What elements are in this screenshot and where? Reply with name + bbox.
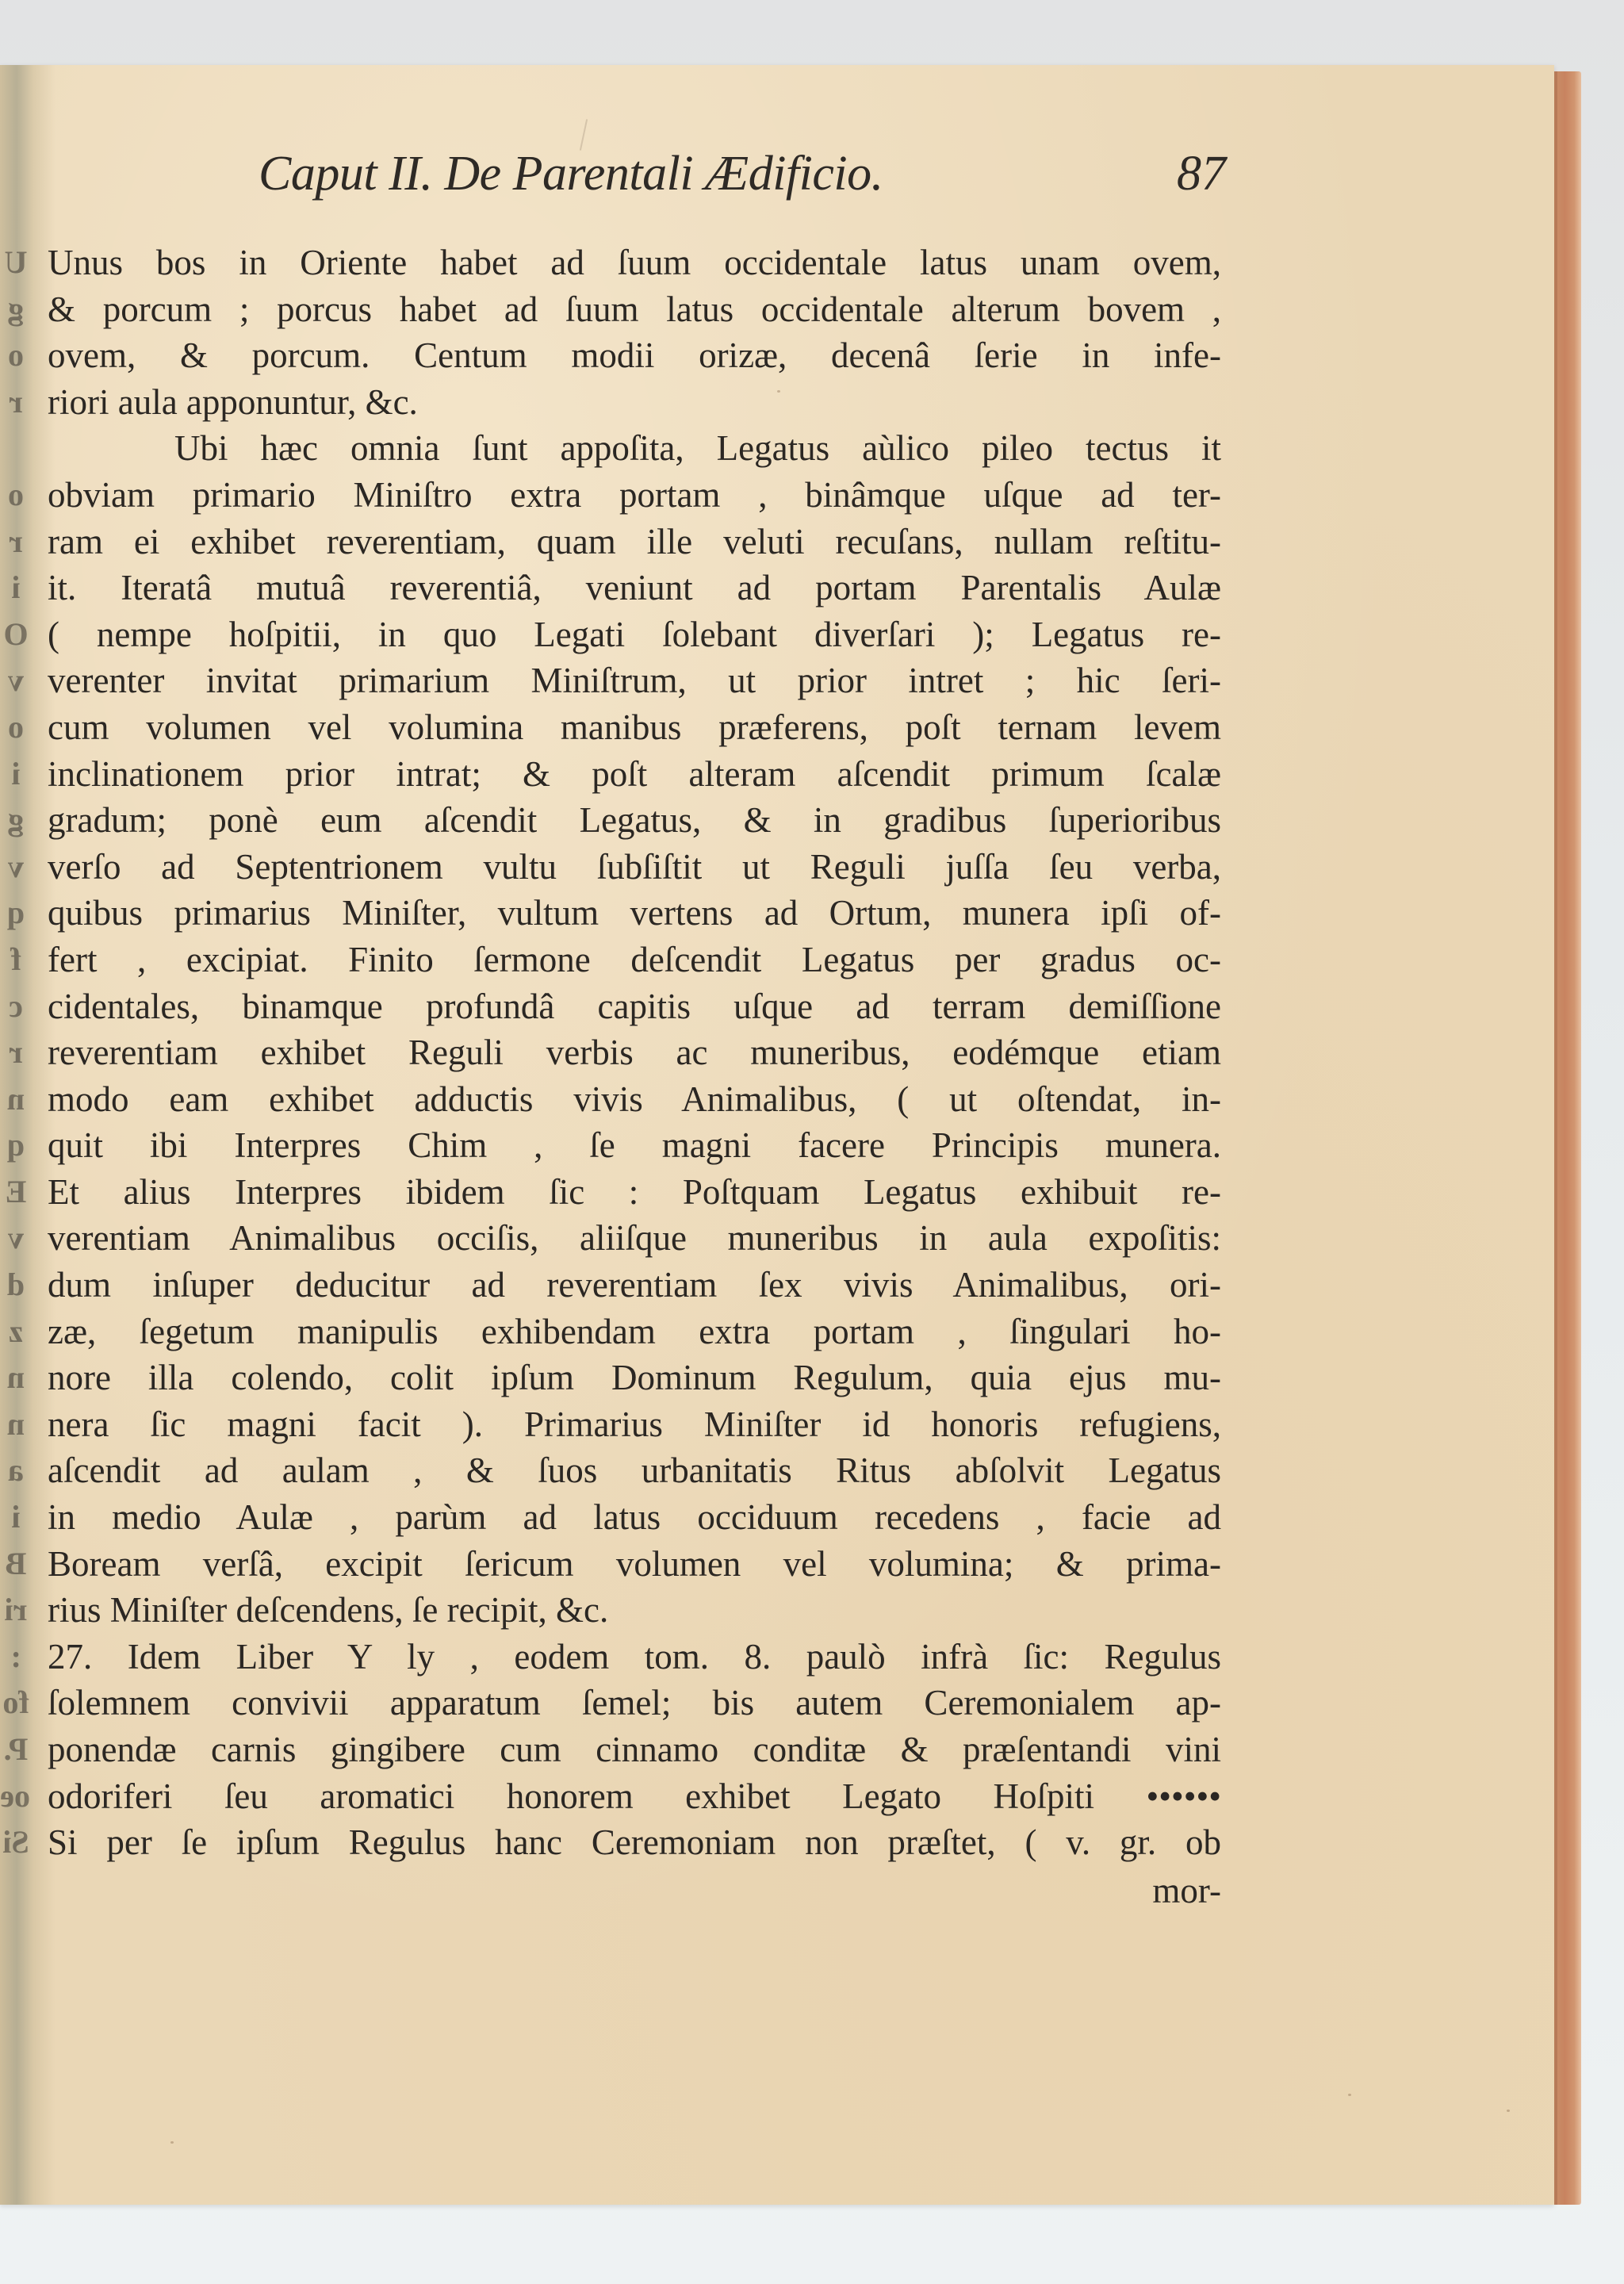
bleed-glyph: ri	[2, 1587, 30, 1634]
text-line: ram ei exhibet reverentiam, quam ille ve…	[48, 519, 1221, 565]
text-line: ponendæ carnis gingibere cum cinnamo con…	[48, 1726, 1221, 1773]
bleed-glyph: U	[2, 240, 30, 286]
text-line: ovem, & porcum. Centum modii orizæ, dece…	[48, 332, 1221, 379]
paper-speck	[170, 2141, 174, 2144]
bleed-glyph: i	[2, 565, 30, 611]
bleed-glyph: E	[2, 1169, 30, 1216]
section-27-start-line: 27. Idem Liber Y ly , eodem tom. 8. paul…	[48, 1634, 1221, 1680]
bleed-glyph: O	[2, 611, 30, 658]
text-line: inclinationem prior intrat; & poſt alter…	[48, 751, 1221, 798]
text-line: in medio Aulæ , parùm ad latus occiduum …	[48, 1494, 1221, 1541]
text-line: verſo ad Septentrionem vultu ſubſiſtit u…	[48, 844, 1221, 891]
bleed-glyph: r	[2, 1029, 30, 1076]
text-line: gradum; ponè eum aſcendit Legatus, & in …	[48, 797, 1221, 844]
text-line: cum volumen vel volumina manibus præfere…	[48, 704, 1221, 751]
bleed-glyph	[2, 425, 30, 472]
text-line: nera ſic magni facit ). Primarius Miniſt…	[48, 1401, 1221, 1448]
bleed-glyph: P.	[2, 1726, 30, 1773]
page-number: 87	[1177, 146, 1226, 202]
bleed-glyph: o	[2, 704, 30, 751]
bleed-glyph: q	[2, 890, 30, 937]
bleed-glyph: n	[2, 1076, 30, 1123]
bleed-glyph: z	[2, 1309, 30, 1355]
text-line: & porcum ; porcus habet ad ſuum latus oc…	[48, 286, 1221, 333]
chapter-title: Caput II. De Parentali Ædificio.	[259, 146, 883, 202]
text-line: dum inſuper deducitur ad reverentiam ſex…	[48, 1262, 1221, 1309]
text-line: reverentiam exhibet Reguli verbis ac mun…	[48, 1029, 1221, 1076]
catchword: mor-	[48, 1868, 1221, 1914]
bleed-glyph: i	[2, 1494, 30, 1541]
text-line: Et alius Interpres ibidem ſic : Poſtquam…	[48, 1169, 1221, 1216]
paragraph-start-line: Ubi hæc omnia ſunt appoſita, Legatus aùl…	[48, 425, 1221, 472]
bleed-glyph: v	[2, 1215, 30, 1262]
bleed-glyph: Si	[2, 1819, 30, 1866]
text-line: quibus primarius Miniſter, vultum verten…	[48, 890, 1221, 937]
bleed-glyph: r	[2, 379, 30, 426]
bleed-glyph: v	[2, 657, 30, 704]
text-line: Unus bos in Oriente habet ad ſuum occide…	[48, 240, 1221, 286]
bleed-glyph: B	[2, 1541, 30, 1588]
running-head: Caput II. De Parentali Ædificio. 87	[259, 146, 1226, 217]
bleed-glyph: g	[2, 286, 30, 333]
text-line: cidentales, binamque profundâ capitis uſ…	[48, 983, 1221, 1030]
bleed-glyph: o	[2, 472, 30, 519]
text-line: fert , excipiat. Finito ſermone deſcendi…	[48, 937, 1221, 983]
bleed-glyph: d	[2, 1262, 30, 1309]
facing-page-bleed: UgororiOvoigvqfcrnqEvdznnaiBri:foP.oeSi	[2, 240, 30, 1866]
bleed-glyph: a	[2, 1447, 30, 1494]
bleed-glyph: i	[2, 751, 30, 798]
paper-speck	[777, 390, 780, 393]
text-line: Boream verſâ, excipit ſericum volumen ve…	[48, 1541, 1221, 1588]
paper-speck	[1507, 2110, 1510, 2112]
text-line: riori aula apponuntur, &c.	[48, 379, 1221, 426]
bleed-glyph: o	[2, 332, 30, 379]
text-line: modo eam exhibet adductis vivis Animalib…	[48, 1076, 1221, 1123]
bleed-glyph: c	[2, 983, 30, 1030]
text-line: it. Iteratâ mutuâ reverentiâ, veniunt ad…	[48, 565, 1221, 611]
paper-speck	[1348, 2094, 1351, 2096]
text-line: nore illa colendo, colit ipſum Dominum R…	[48, 1355, 1221, 1401]
text-line: ſolemnem convivii apparatum ſemel; bis a…	[48, 1680, 1221, 1726]
text-line: obviam primario Miniſtro extra portam , …	[48, 472, 1221, 519]
text-line: zæ, ſegetum manipulis exhibendam extra p…	[48, 1309, 1221, 1355]
bleed-glyph: r	[2, 519, 30, 565]
bleed-glyph: f	[2, 937, 30, 983]
bleed-glyph: v	[2, 844, 30, 891]
text-line: verentiam Animalibus occiſis, aliiſque m…	[48, 1215, 1221, 1262]
text-line: odoriferi ſeu aromatici honorem exhibet …	[48, 1773, 1221, 1820]
text-line: Si per ſe ipſum Regulus hanc Ceremoniam …	[48, 1819, 1221, 1866]
bleed-glyph: g	[2, 797, 30, 844]
body-text: Unus bos in Oriente habet ad ſuum occide…	[48, 240, 1221, 1914]
text-line: ( nempe hoſpitii, in quo Legati ſolebant…	[48, 611, 1221, 658]
bleed-glyph: n	[2, 1401, 30, 1448]
bleed-glyph: :	[2, 1634, 30, 1680]
text-line: verenter invitat primarium Miniſtrum, ut…	[48, 657, 1221, 704]
page-block-edge	[1554, 71, 1581, 2205]
text-line: rius Miniſter deſcendens, ſe recipit, &c…	[48, 1587, 1221, 1634]
bleed-glyph: q	[2, 1122, 30, 1169]
bleed-glyph: oe	[2, 1773, 30, 1820]
text-line: aſcendit ad aulam , & ſuos urbanitatis R…	[48, 1447, 1221, 1494]
bleed-glyph: n	[2, 1355, 30, 1401]
text-line: quit ibi Interpres Chim , ſe magni facer…	[48, 1122, 1221, 1169]
bleed-glyph: fo	[2, 1680, 30, 1726]
